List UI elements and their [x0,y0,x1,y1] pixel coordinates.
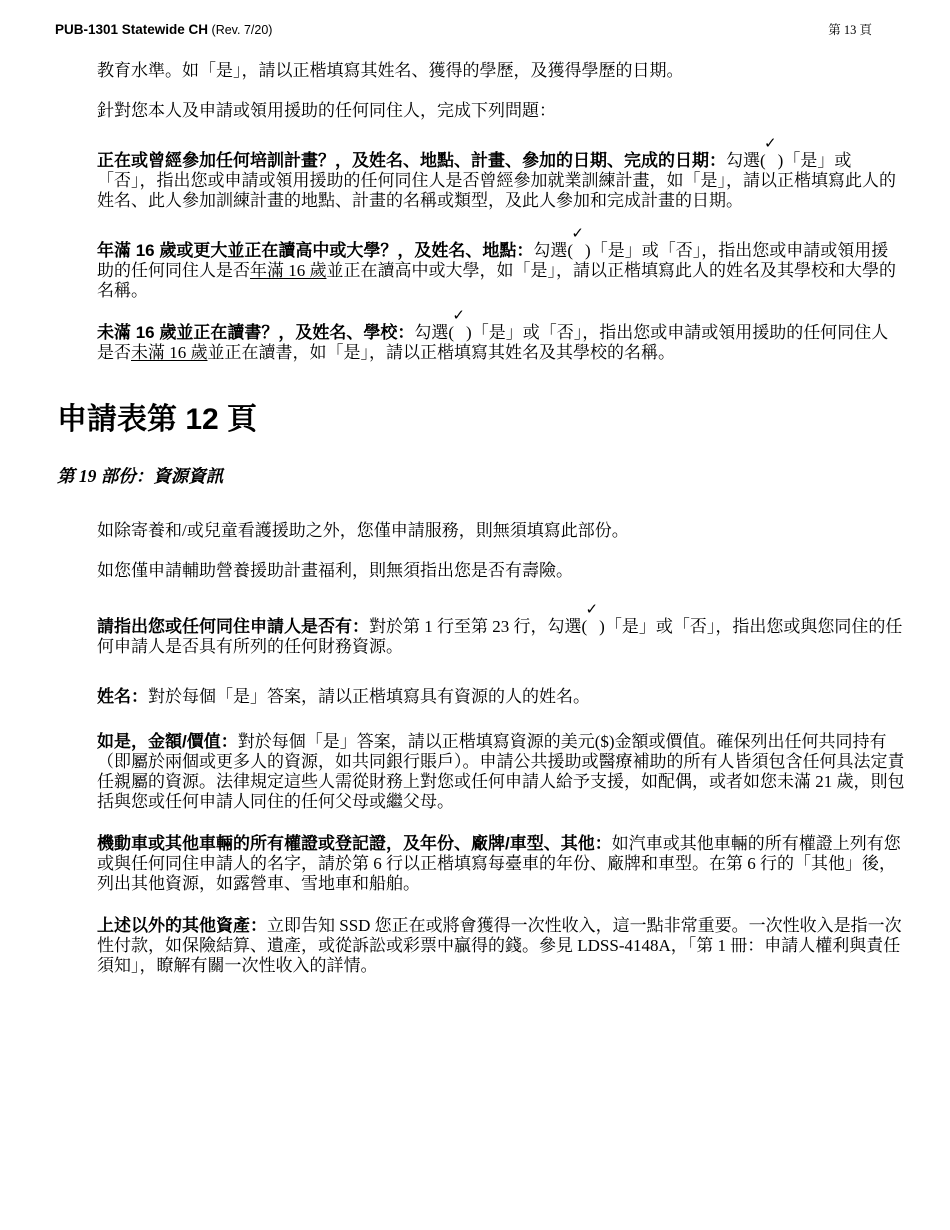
paragraph: 如您僅申請輔助營養援助計畫福利，則無須指出您是否有壽險。 [97,561,905,581]
paragraph: 機動車或其他車輛的所有權證或登記證，及年份、廠牌/車型、其他：如汽車或其他車輛的… [97,834,905,894]
check-selection-parens: ✓() [760,151,783,171]
underlined-text: 未滿 16 歲 [131,343,208,362]
paragraph-lead: 機動車或其他車輛的所有權證或登記證，及年份、廠牌/車型、其他： [97,834,612,853]
paragraph-lead: 年滿 16 歲或更大並正在讀高中或大學？，及姓名、地點： [97,241,533,260]
paren-close: ) [466,323,472,342]
paragraph-lead: 未滿 16 歲並正在讀書？，及姓名、學校： [97,323,414,342]
text-run: 並正在讀書，如「是」，請以正楷填寫其姓名及其學校的名稱。 [208,343,676,362]
check-selection-parens: ✓() [582,617,605,637]
paragraph: 未滿 16 歲並正在讀書？，及姓名、學校：勾選✓()「是」或「否」，指出您或申請… [97,323,905,363]
checkmark-icon: ✓ [452,308,465,323]
text-run: 對於第 1 行至第 23 行，勾選 [369,617,582,636]
paragraph: 正在或曾經參加任何培訓計畫？，及姓名、地點、計畫、參加的日期、完成的日期：勾選✓… [97,151,905,211]
paragraph: 針對您本人及申請或領用援助的任何同住人，完成下列問題： [97,101,905,121]
text-run: 對於每個「是」答案，請以正楷填寫具有資源的人的姓名。 [148,687,590,706]
paragraph: 如除寄養和/或兒童看護援助之外，您僅申請服務，則無須填寫此部份。 [97,521,905,541]
section-subheading: 第 19 部份：資源資訊 [57,466,905,487]
text-run: 勾選 [726,151,760,170]
page-number: 第 13 頁 [828,20,872,38]
text-run: 勾選 [414,323,448,342]
paragraph-lead: 上述以外的其他資產： [97,916,267,935]
checkmark-icon: ✓ [571,226,584,241]
text-run: 如除寄養和/或兒童看護援助之外，您僅申請服務，則無須填寫此部份。 [97,521,629,540]
paragraph: 如是，金額/價值：對於每個「是」答案，請以正楷填寫資源的美元($)金額或價值。確… [97,732,905,812]
paren-close: ) [585,241,591,260]
paragraph-lead: 如是，金額/價值： [97,732,238,751]
paren-open: ( [582,617,588,636]
paragraph: 姓名：對於每個「是」答案，請以正楷填寫具有資源的人的姓名。 [97,687,905,707]
text-run: 教育水準。如「是」，請以正楷填寫其姓名、獲得的學歷，及獲得學歷的日期。 [97,61,684,80]
checkmark-icon: ✓ [764,136,777,151]
paragraph: 年滿 16 歲或更大並正在讀高中或大學？，及姓名、地點：勾選✓()「是」或「否」… [97,241,905,301]
checkmark-icon: ✓ [586,602,599,617]
header-left: PUB-1301 Statewide CH (Rev. 7/20) [55,21,272,39]
paren-close: ) [599,617,605,636]
paragraph-lead: 姓名： [97,687,148,706]
paragraph: 請指出您或任何同住申請人是否有：對於第 1 行至第 23 行，勾選✓()「是」或… [97,617,905,657]
paren-open: ( [567,241,573,260]
document-body: 教育水準。如「是」，請以正楷填寫其姓名、獲得的學歷，及獲得學歷的日期。針對您本人… [0,61,950,976]
document-id: PUB-1301 Statewide CH [55,22,208,37]
paragraph-lead: 正在或曾經參加任何培訓計畫？，及姓名、地點、計畫、參加的日期、完成的日期： [97,151,726,170]
paren-open: ( [448,323,454,342]
text-run: 勾選 [533,241,567,260]
check-selection-parens: ✓() [567,241,590,261]
text-run: 如您僅申請輔助營養援助計畫福利，則無須指出您是否有壽險。 [97,561,573,580]
check-selection-parens: ✓() [448,323,471,343]
document-page: PUB-1301 Statewide CH (Rev. 7/20) 第 13 頁… [0,0,950,1230]
text-run: 針對您本人及申請或領用援助的任何同住人，完成下列問題： [97,101,556,120]
document-revision: (Rev. 7/20) [208,23,272,37]
paragraph: 教育水準。如「是」，請以正楷填寫其姓名、獲得的學歷，及獲得學歷的日期。 [97,61,905,81]
paragraph: 上述以外的其他資產：立即告知 SSD 您正在或將會獲得一次性收入，這一點非常重要… [97,916,905,976]
section-heading: 申請表第 12 頁 [57,403,905,438]
paren-open: ( [760,151,766,170]
page-header: PUB-1301 Statewide CH (Rev. 7/20) 第 13 頁 [0,20,950,39]
paragraph-lead: 請指出您或任何同住申請人是否有： [97,617,369,636]
underlined-text: 年滿 16 歲 [250,261,327,280]
paren-close: ) [778,151,784,170]
